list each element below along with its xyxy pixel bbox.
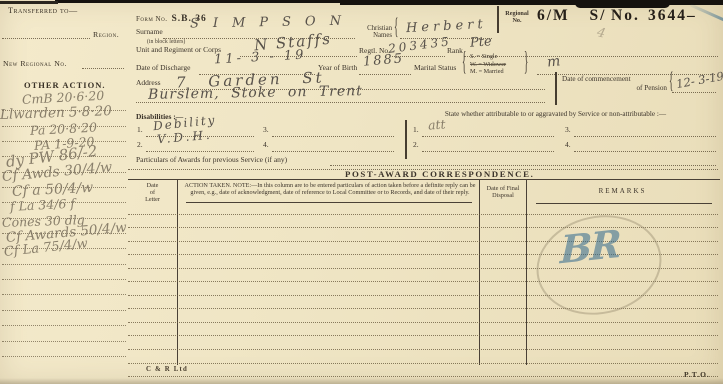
other-action-row <box>2 342 126 357</box>
christian-brace: { <box>394 13 398 39</box>
marital-label: Marital Status <box>414 63 456 72</box>
disability-3-no: 3. <box>263 125 269 134</box>
rank-label: Rank <box>447 46 463 55</box>
col-action-taken-header: ACTION TAKEN. NOTE:—In this column are t… <box>184 182 476 196</box>
regional-no-label: Regional No. <box>500 10 534 24</box>
rank-value: Pte <box>470 34 493 50</box>
christian-names-label: Christian Names <box>350 25 392 40</box>
other-action-row: Cf La 75/4/w <box>2 249 126 264</box>
birth-value: 1885 <box>362 51 404 70</box>
scan-edge-left <box>0 1 58 4</box>
table-row <box>128 364 718 378</box>
attributable-divider-bar <box>405 120 407 159</box>
attributable-2-dotted <box>422 150 554 152</box>
regional-box-bar <box>497 6 499 33</box>
unit-label: Unit and Regiment or Corps <box>136 45 221 54</box>
region-label: Region. <box>93 30 119 39</box>
attributable-2-no: 2. <box>413 140 419 149</box>
regional-prefix: 6/M S/ <box>537 7 607 25</box>
marital-option-married: M. = Married <box>470 68 506 76</box>
marital-value: m <box>546 53 561 70</box>
regional-no-word: No. <box>611 7 640 25</box>
date-of-letter-line2: of <box>128 189 177 196</box>
other-action-entries: CmB 20·6·20Llwarden 5·8·20Pa 20·8·20PA 1… <box>2 96 126 357</box>
disability-2-no: 2. <box>137 140 143 149</box>
attributable-3-dotted <box>574 135 716 137</box>
attributable-1-value: att <box>427 116 446 132</box>
other-action-row <box>2 295 126 310</box>
attributable-1-dotted <box>422 135 554 137</box>
other-action-row <box>2 311 126 326</box>
christian-value: Herbert <box>406 17 487 36</box>
table-row <box>128 336 718 350</box>
particulars-label: Particulars of Awards for previous Servi… <box>136 155 287 164</box>
pension-box-bar <box>555 72 557 105</box>
printer-mark: C & R Ltd <box>146 366 188 373</box>
pension-dotted-line <box>672 91 716 93</box>
pto-label: P.T.O. <box>684 370 710 379</box>
table-row <box>128 350 718 364</box>
table-row <box>128 323 718 337</box>
particulars-dotted-line <box>330 164 716 166</box>
marital-brace-open: { <box>462 46 466 76</box>
discharge-label: Date of Discharge <box>136 63 190 72</box>
col-date-of-letter-header: Date of Letter <box>128 182 177 203</box>
transferred-to-label: Transferred to— <box>8 6 78 15</box>
disability-4-no: 4. <box>263 140 269 149</box>
marital-options: S. = Single W. = Widower M. = Married <box>470 53 506 76</box>
christian-label-line2: Names <box>350 32 392 39</box>
blue-initials-annotation: BR <box>559 221 620 273</box>
handwritten-note: f La 34/6 f <box>10 196 76 214</box>
disability-4-dotted <box>272 150 394 152</box>
form-no-label: Form No. <box>136 15 167 23</box>
address-label: Address <box>136 78 161 87</box>
record-card: Transferred to— Region. New Regional No.… <box>0 0 723 384</box>
new-regional-dotted-line <box>82 67 124 69</box>
disability-2-dotted <box>146 150 254 152</box>
attributable-4-dotted <box>574 150 716 152</box>
disability-3-dotted <box>272 135 394 137</box>
pension-brace: { <box>669 67 673 93</box>
regional-label-line2: No. <box>500 17 534 24</box>
other-action-row <box>2 280 126 295</box>
address-line2-value: Burslem, Stoke on Trent <box>148 83 363 103</box>
pencil-mark: 4 <box>595 25 607 42</box>
attributable-4-no: 4. <box>565 140 571 149</box>
marital-brace-close: } <box>524 46 528 76</box>
region-dotted-line <box>2 37 90 39</box>
discharge-value: 11- 3 - 19 <box>214 48 307 68</box>
surname-label: Surname <box>136 27 163 36</box>
table-title: POST-AWARD CORRESPONDENCE. <box>345 169 534 179</box>
attributable-1-no: 1. <box>413 125 419 134</box>
other-action-row <box>2 265 126 280</box>
christian-label-line1: Christian <box>350 25 392 32</box>
marital-option-single: S. = Single <box>470 53 506 61</box>
regional-label-line1: Regional <box>500 10 534 17</box>
paper-bottom-shadow <box>0 378 723 384</box>
date-of-letter-line1: Date <box>128 182 177 189</box>
table-row <box>128 309 718 323</box>
date-final-line2: Disposal <box>480 192 526 199</box>
marital-option-widower: W. = Widower <box>470 61 506 69</box>
other-action-row <box>2 326 126 341</box>
col-date-final-header: Date of Final Disposal <box>480 185 526 199</box>
birth-dotted-line <box>359 73 411 75</box>
table-top-border <box>128 179 720 180</box>
pension-label-line1: Date of commencement <box>562 75 631 83</box>
col-remarks-header: REMARKS <box>527 188 718 195</box>
pension-label-line2: of Pension <box>562 84 667 92</box>
disability-1-no: 1. <box>137 125 143 134</box>
table-row <box>128 201 718 215</box>
date-final-line1: Date of Final <box>480 185 526 192</box>
attributable-3-no: 3. <box>565 125 571 134</box>
regional-number: 3644– <box>648 7 697 25</box>
new-regional-no-label: New Regional No. <box>3 59 67 68</box>
